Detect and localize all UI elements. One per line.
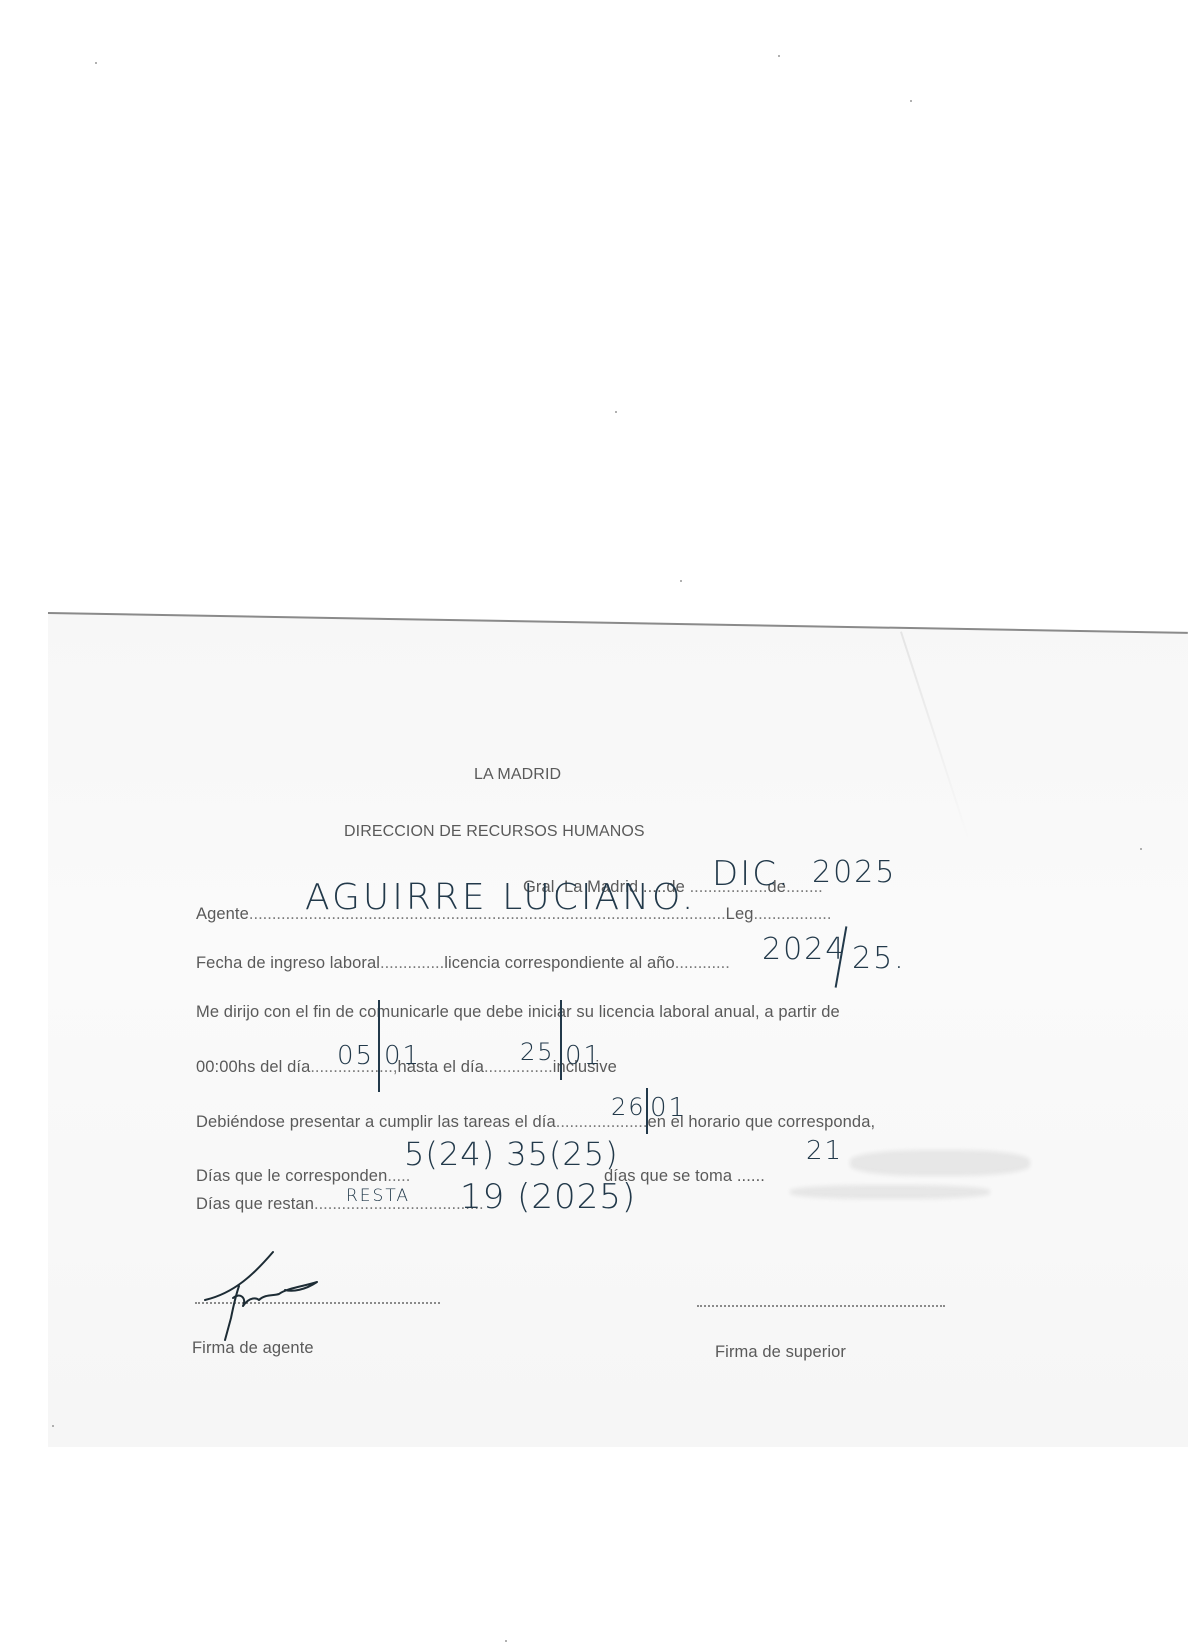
handwritten-year: 2025	[812, 858, 896, 888]
remaining-line: Días que restan.........................…	[196, 1196, 484, 1213]
body-line-1: Me dirijo con el fin de comunicarle que …	[196, 1004, 840, 1021]
agent-signature-label: Firma de agente	[192, 1340, 314, 1357]
handwritten-divider	[378, 1000, 380, 1092]
handwritten-resta-label: RESTA	[346, 1188, 410, 1205]
leg-dots: .................	[754, 905, 832, 923]
return-prefix: Debiéndose presentar a cumplir las tarea…	[196, 1113, 556, 1131]
handwritten-return-day: 26	[611, 1095, 646, 1119]
superior-signature-label: Firma de superior	[715, 1344, 846, 1361]
handwritten-divider	[560, 1000, 562, 1080]
scan-speck	[52, 1425, 54, 1427]
handwritten-return-month: 01	[650, 1095, 687, 1121]
department-title: DIRECCION DE RECURSOS HUMANOS	[344, 824, 645, 840]
handwritten-from-month: 01	[384, 1043, 421, 1069]
days-label: Días que le corresponden	[196, 1167, 387, 1185]
return-line: Debiéndose presentar a cumplir las tarea…	[196, 1114, 875, 1131]
handwritten-licencia-year-a: 2024	[762, 935, 846, 965]
erased-mark	[850, 1150, 1030, 1176]
leg-label: Leg	[726, 905, 754, 923]
superior-signature-line	[697, 1305, 945, 1307]
scan-speck	[910, 100, 912, 102]
licencia-label: licencia correspondiente al año	[444, 954, 675, 972]
agent-signature	[195, 1248, 335, 1343]
scan-speck	[680, 580, 682, 582]
handwritten-days-remaining: 19 (2025)	[460, 1180, 636, 1214]
handwritten-divider	[646, 1088, 648, 1134]
scan-speck	[615, 411, 617, 413]
period-prefix: 00:00hs del día	[196, 1058, 310, 1076]
ingreso-label: Fecha de ingreso laboral	[196, 954, 380, 972]
erased-mark	[790, 1185, 990, 1199]
scan-speck	[505, 1640, 507, 1642]
handwritten-to-month: 01	[565, 1043, 602, 1069]
agent-label: Agente	[196, 905, 249, 923]
scan-speck	[778, 55, 780, 57]
handwritten-licencia-year-b: 25.	[852, 944, 906, 974]
ingreso-line: Fecha de ingreso laboral..............li…	[196, 955, 730, 972]
org-title: LA MADRID	[474, 767, 561, 783]
days-line: Días que le corresponden.....	[196, 1168, 410, 1185]
handwritten-days-taken: 21	[806, 1138, 843, 1164]
remaining-label: Días que restan	[196, 1195, 314, 1213]
handwritten-month: DIC.	[712, 857, 791, 891]
ingreso-dots: ..............	[380, 954, 444, 972]
handwritten-agent-name: AGUIRRE LUCIANO.	[305, 880, 696, 916]
scan-speck	[95, 62, 97, 64]
handwritten-from-day: 05	[337, 1043, 374, 1069]
handwritten-to-day: 25	[520, 1040, 555, 1064]
licencia-dots: ............	[675, 954, 730, 972]
scan-speck	[1140, 848, 1142, 850]
handwritten-days-entitled: 5(24) 35(25)	[404, 1138, 619, 1170]
